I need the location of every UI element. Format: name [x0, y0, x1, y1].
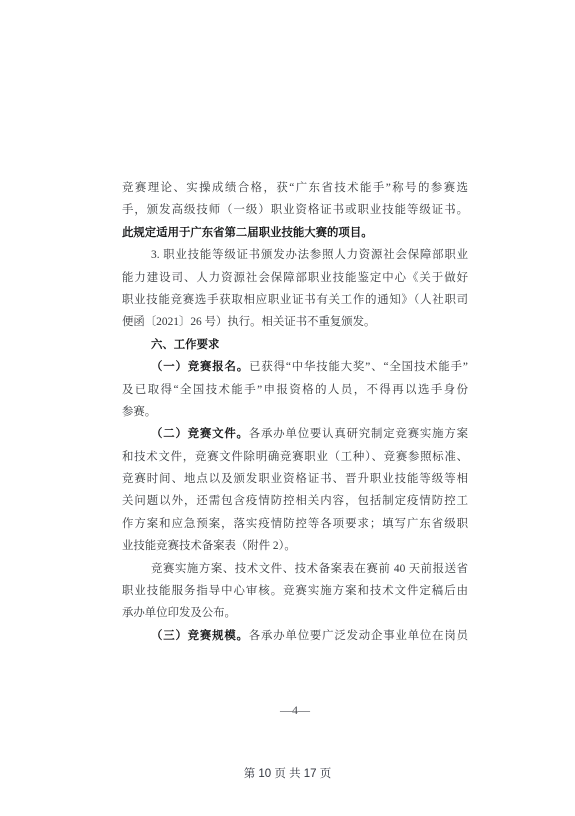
text-line: 作方案和应急预案，落实疫情防控等各项要求；填写广东省级职	[122, 513, 468, 535]
text-line: 竞赛理论、实操成绩合格，获“广东省技术能手”称号的参赛选	[122, 177, 468, 199]
text-line: （二）竞赛文件。各承办单位要认真研究制定竞赛实施方案	[122, 423, 468, 445]
text-line: 能力建设司、人力资源社会保障部职业技能鉴定中心《关于做好	[122, 267, 468, 289]
text-line: 便函〔2021〕26 号）执行。相关证书不重复颁发。	[122, 311, 468, 333]
text-line: （三）竞赛规模。各承办单位要广泛发动企事业单位在岗员	[122, 625, 468, 647]
text-line: 和技术文件，竞赛文件除明确竞赛职业（工种）、竞赛参照标准、	[122, 446, 468, 468]
text-line-rest: 各承办单位要认真研究制定竞赛实施方案	[249, 428, 468, 440]
section-heading: 六、工作要求	[122, 334, 468, 356]
body-text: 竞赛理论、实操成绩合格，获“广东省技术能手”称号的参赛选 手，颁发高级技师（一级…	[122, 177, 468, 647]
text-line: 承办单位印发及公布。	[122, 602, 468, 624]
text-line: 及已取得“全国技术能手”申报资格的人员，不得再以选手身份	[122, 379, 468, 401]
text-line: 手，颁发高级技师（一级）职业资格证书或职业技能等级证书。	[122, 199, 468, 221]
text-line: 参赛。	[122, 401, 468, 423]
document-page: 竞赛理论、实操成绩合格，获“广东省技术能手”称号的参赛选 手，颁发高级技师（一级…	[0, 0, 575, 816]
text-line-rest: 已获得“中华技能大奖”、“全国技术能手”	[249, 361, 468, 373]
document-viewer: 竞赛理论、实操成绩合格，获“广东省技术能手”称号的参赛选 手，颁发高级技师（一级…	[0, 0, 575, 816]
text-line-emphasis: 此规定适用于广东省第二届职业技能大赛的项目。	[122, 222, 468, 244]
text-line: 业技能竞赛技术备案表（附件 2）。	[122, 535, 468, 557]
text-line: 3. 职业技能等级证书颁发办法参照人力资源社会保障部职业	[122, 244, 468, 266]
text-line: 关问题以外，还需包含疫情防控相关内容，包括制定疫情防控工	[122, 490, 468, 512]
text-line: 竞赛实施方案、技术文件、技术备案表在赛前 40 天前报送省	[122, 558, 468, 580]
pagination-footer: 第 10 页 共 17 页	[0, 765, 575, 783]
paragraph-label: （三）竞赛规模。	[151, 630, 249, 642]
paragraph-label: （二）竞赛文件。	[151, 428, 249, 440]
page-number: —4—	[122, 701, 468, 719]
text-line: （一）竞赛报名。已获得“中华技能大奖”、“全国技术能手”	[122, 356, 468, 378]
text-line: 职业技能服务指导中心审核。竞赛实施方案和技术文件定稿后由	[122, 580, 468, 602]
text-line: 职业技能竞赛选手获取相应职业证书有关工作的通知》（人社职司	[122, 289, 468, 311]
text-line: 竞赛时间、地点以及颁发职业资格证书、晋升职业技能等级等相	[122, 468, 468, 490]
paragraph-label: （一）竞赛报名。	[151, 361, 249, 373]
text-line-rest: 各承办单位要广泛发动企事业单位在岗员	[249, 630, 468, 642]
